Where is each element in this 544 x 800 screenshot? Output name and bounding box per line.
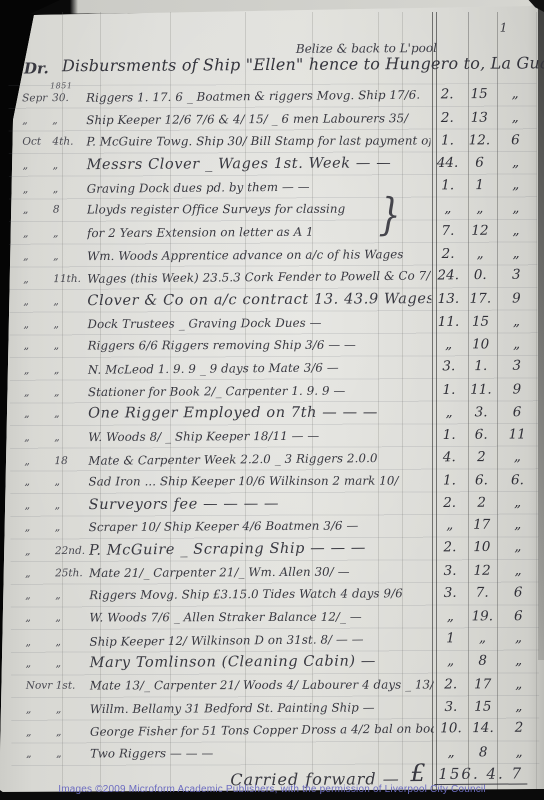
entry-detail: Riggers Movg. Ship £3.15.0 Tides Watch 4… bbox=[89, 583, 433, 605]
entry-date-month: „ bbox=[23, 246, 53, 266]
entry-pence: 11 bbox=[496, 424, 538, 444]
entry-date-day: „ bbox=[53, 223, 87, 243]
entry-detail: Dock Trustees _ Graving Dock Dues — bbox=[87, 312, 431, 334]
entry-shillings: „ bbox=[465, 243, 495, 263]
entry-detail: Wm. Woods Apprentice advance on a/c of h… bbox=[87, 244, 431, 266]
entry-date-day: 22nd. bbox=[55, 541, 89, 561]
entry-pence: „ bbox=[498, 651, 540, 671]
entry-detail: Surveyors fee — — — — bbox=[89, 493, 433, 515]
ledger-row: „„One Rigger Employed on 7th — — —„3.6 bbox=[24, 402, 538, 426]
entry-pounds: 3. bbox=[434, 697, 468, 717]
entry-pounds: „ bbox=[431, 199, 465, 219]
entry-date-month: „ bbox=[25, 495, 55, 515]
entry-date-day: „ bbox=[54, 382, 88, 402]
entry-shillings: 12 bbox=[467, 560, 497, 580]
entry-shillings: 15 bbox=[464, 84, 494, 104]
entry-pence: „ bbox=[498, 674, 540, 694]
page-title: Disbursments of Ship "Ellen" hence to Hu… bbox=[62, 53, 540, 75]
entry-shillings: 12 bbox=[465, 221, 495, 241]
entry-date-day: „ bbox=[53, 178, 87, 198]
entry-pounds: 10. bbox=[434, 719, 468, 739]
entry-shillings: „ bbox=[465, 199, 495, 219]
entry-date-month: „ bbox=[25, 608, 55, 628]
ledger-row: „„N. McLeod 1. 9. 9 _ 9 days to Mate 3/6… bbox=[24, 355, 538, 383]
entry-shillings: 6. bbox=[466, 470, 496, 490]
entry-date-day: „ bbox=[53, 246, 87, 266]
entry-shillings: 17 bbox=[468, 674, 498, 694]
entry-pounds: 1. bbox=[430, 131, 464, 151]
entry-detail: W. Woods 7/6 _ Allen Straker Balance 12/… bbox=[89, 607, 433, 628]
scanned-ledger-page: 1 Dr. 1851 Belize & back to L'pool Disbu… bbox=[0, 0, 544, 800]
ledger-row: „„Riggers 6/6 Riggers removing Ship 3/6 … bbox=[24, 334, 538, 358]
entry-pounds: 1. bbox=[432, 379, 466, 399]
entry-pounds: „ bbox=[432, 335, 466, 355]
entry-date-day: 8 bbox=[53, 200, 87, 220]
entry-date-month: „ bbox=[24, 404, 54, 424]
entry-date-month: „ bbox=[25, 518, 55, 538]
entry-date-month: „ bbox=[24, 427, 54, 447]
ledger-row: „„W. Woods 7/6 _ Allen Straker Balance 1… bbox=[25, 606, 539, 630]
entry-shillings: 1 bbox=[465, 175, 495, 195]
entry-shillings: 14. bbox=[468, 718, 498, 738]
entry-pounds: „ bbox=[433, 606, 467, 626]
entry-pence: „ bbox=[494, 83, 536, 103]
entry-pounds: 13. bbox=[431, 289, 465, 309]
entry-pounds: „ bbox=[434, 742, 468, 762]
entry-pounds: 11. bbox=[431, 311, 465, 331]
ledger-row: „„Mary Tomlinson (Cleaning Cabin) —„8„ bbox=[26, 651, 540, 677]
entry-pence: 9 bbox=[496, 379, 538, 399]
entry-pence: 6. bbox=[496, 470, 538, 490]
entry-date-month: „ bbox=[23, 269, 53, 289]
entry-detail: Two Riggers — — — bbox=[90, 743, 434, 764]
entry-shillings: 15 bbox=[468, 696, 498, 716]
entry-pounds: 3. bbox=[432, 356, 466, 376]
entry-date-month: „ bbox=[23, 314, 53, 334]
entry-date-day: 18 bbox=[54, 450, 88, 470]
entry-shillings: 1. bbox=[466, 356, 496, 376]
entry-shillings: 17. bbox=[465, 289, 495, 309]
entry-shillings: 15 bbox=[465, 311, 495, 331]
entry-date-month: „ bbox=[23, 179, 53, 199]
entry-pence: „ bbox=[494, 107, 536, 127]
entry-date-month: „ bbox=[22, 110, 52, 130]
entry-date-day: „ bbox=[53, 314, 87, 334]
entry-shillings: 2 bbox=[466, 446, 496, 466]
entry-pence: „ bbox=[497, 515, 539, 535]
entry-detail: Willm. Bellamy 31 Bedford St. Painting S… bbox=[90, 697, 434, 719]
ledger-row: „„Stationer for Book 2/_ Carpenter 1. 9.… bbox=[24, 379, 538, 405]
entry-shillings: 8 bbox=[468, 742, 498, 762]
entry-detail: W. Woods 8/ _ Ship Keeper 18/11 — — bbox=[88, 425, 432, 447]
entry-date-month: „ bbox=[26, 654, 56, 674]
entry-date-month: „ bbox=[26, 722, 56, 742]
entry-pounds: 2. bbox=[431, 243, 465, 263]
debit-label: Dr. bbox=[24, 59, 49, 77]
entry-date-day: 30. bbox=[52, 88, 86, 108]
entry-pence: „ bbox=[497, 492, 539, 512]
entry-pence: „ bbox=[496, 334, 538, 354]
entry-pence: „ bbox=[496, 446, 538, 466]
entry-date-day: „ bbox=[54, 360, 88, 380]
entry-date-day: „ bbox=[55, 632, 89, 652]
ledger-row: „„Dock Trustees _ Graving Dock Dues —11.… bbox=[23, 311, 537, 337]
entry-date-day: „ bbox=[52, 110, 86, 130]
handwritten-content: 1 Dr. 1851 Belize & back to L'pool Disbu… bbox=[0, 0, 544, 800]
entry-pence: „ bbox=[497, 560, 539, 580]
page-number: 1 bbox=[500, 21, 508, 35]
entry-pounds: „ bbox=[432, 403, 466, 423]
entry-shillings: 13 bbox=[464, 107, 494, 127]
entry-shillings: 3. bbox=[466, 402, 496, 422]
copyright-watermark: Images ©2009 Microform Academic Publishe… bbox=[0, 784, 544, 795]
entry-pence: 3 bbox=[496, 355, 538, 375]
entry-pence: „ bbox=[495, 174, 537, 194]
entry-shillings: 8 bbox=[468, 651, 498, 671]
entry-date-day: „ bbox=[54, 427, 88, 447]
ledger-row: „„Two Riggers — — —„8„ bbox=[26, 742, 540, 766]
entry-pence: „ bbox=[494, 152, 536, 172]
entry-detail: Scraper 10/ Ship Keeper 4/6 Boatmen 3/6 … bbox=[89, 515, 433, 537]
entry-date-month: „ bbox=[24, 451, 54, 471]
entry-detail: N. McLeod 1. 9. 9 _ 9 days to Mate 3/6 — bbox=[88, 356, 432, 379]
entry-date-day: „ bbox=[53, 155, 87, 175]
entry-pence: „ bbox=[497, 537, 539, 557]
entry-date-month: „ bbox=[25, 541, 55, 561]
entry-pounds: 2. bbox=[434, 674, 468, 694]
entry-date-day: „ bbox=[56, 699, 90, 719]
entry-pounds: 1. bbox=[432, 425, 466, 445]
entry-pounds: 2. bbox=[430, 84, 464, 104]
entry-detail: P. McGuire Towg. Ship 30/ Bill Stamp for… bbox=[86, 131, 430, 152]
carried-forward-amount: 156. 4. 7 bbox=[434, 764, 527, 785]
entry-pounds: „ bbox=[433, 515, 467, 535]
entry-date-day: „ bbox=[56, 722, 90, 742]
entry-date-day: „ bbox=[55, 518, 89, 538]
entry-date-day: „ bbox=[54, 472, 88, 492]
entry-detail: Ship Keeper 12/ Wilkinson D on 31st. 8/ … bbox=[89, 628, 433, 651]
entry-date-month: „ bbox=[24, 472, 54, 492]
ledger-row: Oct4th.P. McGuire Towg. Ship 30/ Bill St… bbox=[22, 130, 536, 154]
entry-detail: P. McGuire _ Scraping Ship — — — bbox=[89, 538, 433, 561]
entry-pence: 6 bbox=[496, 402, 538, 422]
entry-pence: 2 bbox=[498, 718, 540, 738]
entry-pounds: 3. bbox=[433, 583, 467, 603]
entry-pounds: 2. bbox=[430, 107, 464, 127]
entry-detail: Sad Iron ... Ship Keeper 10/6 Wilkinson … bbox=[88, 471, 432, 492]
entry-date-month: „ bbox=[26, 699, 56, 719]
entry-date-month: „ bbox=[25, 586, 55, 606]
ledger-row: „„George Fisher for 51 Tons Copper Dross… bbox=[26, 718, 540, 746]
entry-date-month: „ bbox=[25, 563, 55, 583]
entry-date-day: „ bbox=[54, 404, 88, 424]
entry-pence: „ bbox=[498, 696, 540, 716]
entry-date-month: Sepr bbox=[22, 88, 52, 108]
entry-date-month: „ bbox=[24, 382, 54, 402]
entry-date-day: „ bbox=[55, 608, 89, 628]
entry-detail: Mate 13/_ Carpenter 21/ Woods 4/ Laboure… bbox=[90, 675, 434, 696]
entry-date-month: „ bbox=[23, 223, 53, 243]
entry-detail: for 2 Years Extension on letter as A 1 bbox=[87, 221, 431, 243]
entry-date-month: Novr bbox=[26, 676, 56, 696]
entry-pence: „ bbox=[495, 198, 537, 218]
entry-detail: Riggers 6/6 Riggers removing Ship 3/6 — … bbox=[88, 335, 432, 356]
ledger-row: „„for 2 Years Extension on letter as A 1… bbox=[23, 220, 537, 246]
entry-detail: One Rigger Employed on 7th — — — bbox=[88, 403, 432, 424]
entry-shillings: 17 bbox=[467, 515, 497, 535]
entry-date-day: „ bbox=[56, 654, 90, 674]
entry-shillings: 12. bbox=[464, 131, 494, 151]
entry-date-month: „ bbox=[23, 200, 53, 220]
ledger-row: „„Ship Keeper 12/ Wilkinson D on 31st. 8… bbox=[25, 627, 539, 655]
ledger-row: „„Sad Iron ... Ship Keeper 10/6 Wilkinso… bbox=[24, 470, 538, 494]
entry-pence: 3 bbox=[495, 265, 537, 285]
ledger-row: „25th.Mate 21/_ Carpenter 21/_ Wm. Allen… bbox=[25, 560, 539, 586]
entry-date-day: 1st. bbox=[56, 676, 90, 696]
entry-date-month: „ bbox=[23, 291, 53, 311]
entry-pounds: 2. bbox=[433, 537, 467, 557]
entry-detail: Graving Dock dues pd. by them — — bbox=[87, 175, 431, 198]
entry-pence: „ bbox=[497, 627, 539, 647]
entry-shillings: 10 bbox=[466, 335, 496, 355]
entry-pence: 6 bbox=[497, 606, 539, 626]
entry-pence: 9 bbox=[495, 288, 537, 308]
currency-symbol: £ bbox=[410, 759, 425, 787]
ledger-row: Novr1st.Mate 13/_ Carpenter 21/ Woods 4/… bbox=[26, 674, 540, 698]
ledger-row: „„Riggers Movg. Ship £3.15.0 Tides Watch… bbox=[25, 583, 539, 609]
entry-date-day: „ bbox=[56, 744, 90, 764]
entry-date-day: 25th. bbox=[55, 563, 89, 583]
entry-shillings: 6 bbox=[464, 153, 494, 173]
entry-pounds: 1 bbox=[433, 628, 467, 648]
entry-detail: Mary Tomlinson (Cleaning Cabin) — bbox=[90, 651, 434, 673]
entry-shillings: 2 bbox=[467, 492, 497, 512]
entry-date-month: „ bbox=[26, 744, 56, 764]
entry-detail: Wages (this Week) 23.5.3 Cork Fender to … bbox=[87, 266, 431, 289]
entry-pounds: „ bbox=[434, 651, 468, 671]
ledger-row: „„Ship Keeper 12/6 7/6 & 4/ 15/ _ 6 men … bbox=[22, 107, 536, 133]
entry-pounds: 1. bbox=[432, 471, 466, 491]
entry-shillings: 6. bbox=[466, 424, 496, 444]
entry-date-day: 4th. bbox=[52, 132, 86, 152]
entry-shillings: 7. bbox=[467, 583, 497, 603]
entry-detail: Stationer for Book 2/_ Carpenter 1. 9. 9… bbox=[88, 380, 432, 402]
ledger-row: „„W. Woods 8/ _ Ship Keeper 18/11 — —1.6… bbox=[24, 424, 538, 450]
entry-detail: Mate 21/_ Carpenter 21/_ Wm. Allen 30/ — bbox=[89, 561, 433, 583]
ledger-row: „8Lloyds register Office Surveys for cla… bbox=[23, 198, 537, 222]
ledger-row: „„Surveyors fee — — — —2.2„ bbox=[25, 492, 539, 518]
entry-pounds: 4. bbox=[432, 447, 466, 467]
entry-date-month: „ bbox=[24, 360, 54, 380]
ledger-rows: Sepr30.Riggers 1. 17. 6 _ Boatmen & rigg… bbox=[22, 84, 540, 767]
entry-pence: 6 bbox=[497, 583, 539, 603]
entry-date-day: „ bbox=[53, 291, 87, 311]
entry-pounds: 24. bbox=[431, 265, 465, 285]
entry-detail: Clover & Co on a/c contract 13. 43.9 Wag… bbox=[87, 289, 431, 311]
entry-date-month: „ bbox=[24, 336, 54, 356]
entry-pounds: 1. bbox=[431, 175, 465, 195]
entry-date-day: 11th. bbox=[53, 269, 87, 289]
ledger-row: „„Clover & Co on a/c contract 13. 43.9 W… bbox=[23, 288, 537, 314]
entry-detail: George Fisher for 51 Tons Copper Dross a… bbox=[90, 719, 434, 742]
entry-detail: Messrs Clover _ Wages 1st. Week — — bbox=[87, 153, 431, 175]
entry-date-month: „ bbox=[25, 632, 55, 652]
entry-detail: Mate & Carpenter Week 2.2.0 _ 3 Riggers … bbox=[88, 447, 432, 470]
entry-pounds: 7. bbox=[431, 221, 465, 241]
entry-shillings: „ bbox=[467, 628, 497, 648]
entry-pence: „ bbox=[495, 243, 537, 263]
entry-pounds: 44. bbox=[430, 153, 464, 173]
entry-date-day: „ bbox=[54, 336, 88, 356]
entry-detail: Ship Keeper 12/6 7/6 & 4/ 15/ _ 6 men La… bbox=[86, 108, 430, 130]
entry-pounds: 3. bbox=[433, 561, 467, 581]
entry-shillings: 10 bbox=[467, 537, 497, 557]
entry-date-day: „ bbox=[55, 495, 89, 515]
entry-date-day: „ bbox=[55, 586, 89, 606]
entry-date-month: Oct bbox=[22, 132, 52, 152]
entry-date-month: „ bbox=[23, 155, 53, 175]
entry-pence: „ bbox=[495, 220, 537, 240]
entry-shillings: 0. bbox=[465, 265, 495, 285]
entry-pence: „ bbox=[498, 742, 540, 762]
entry-detail: Riggers 1. 17. 6 _ Boatmen & riggers Mov… bbox=[86, 85, 430, 108]
entry-pence: 6 bbox=[494, 130, 536, 150]
entry-shillings: 19. bbox=[467, 606, 497, 626]
entry-pence: „ bbox=[495, 311, 537, 331]
entry-detail: Lloyds register Office Surveys for class… bbox=[87, 199, 431, 220]
entry-shillings: 11. bbox=[466, 379, 496, 399]
entry-pounds: 2. bbox=[433, 493, 467, 513]
